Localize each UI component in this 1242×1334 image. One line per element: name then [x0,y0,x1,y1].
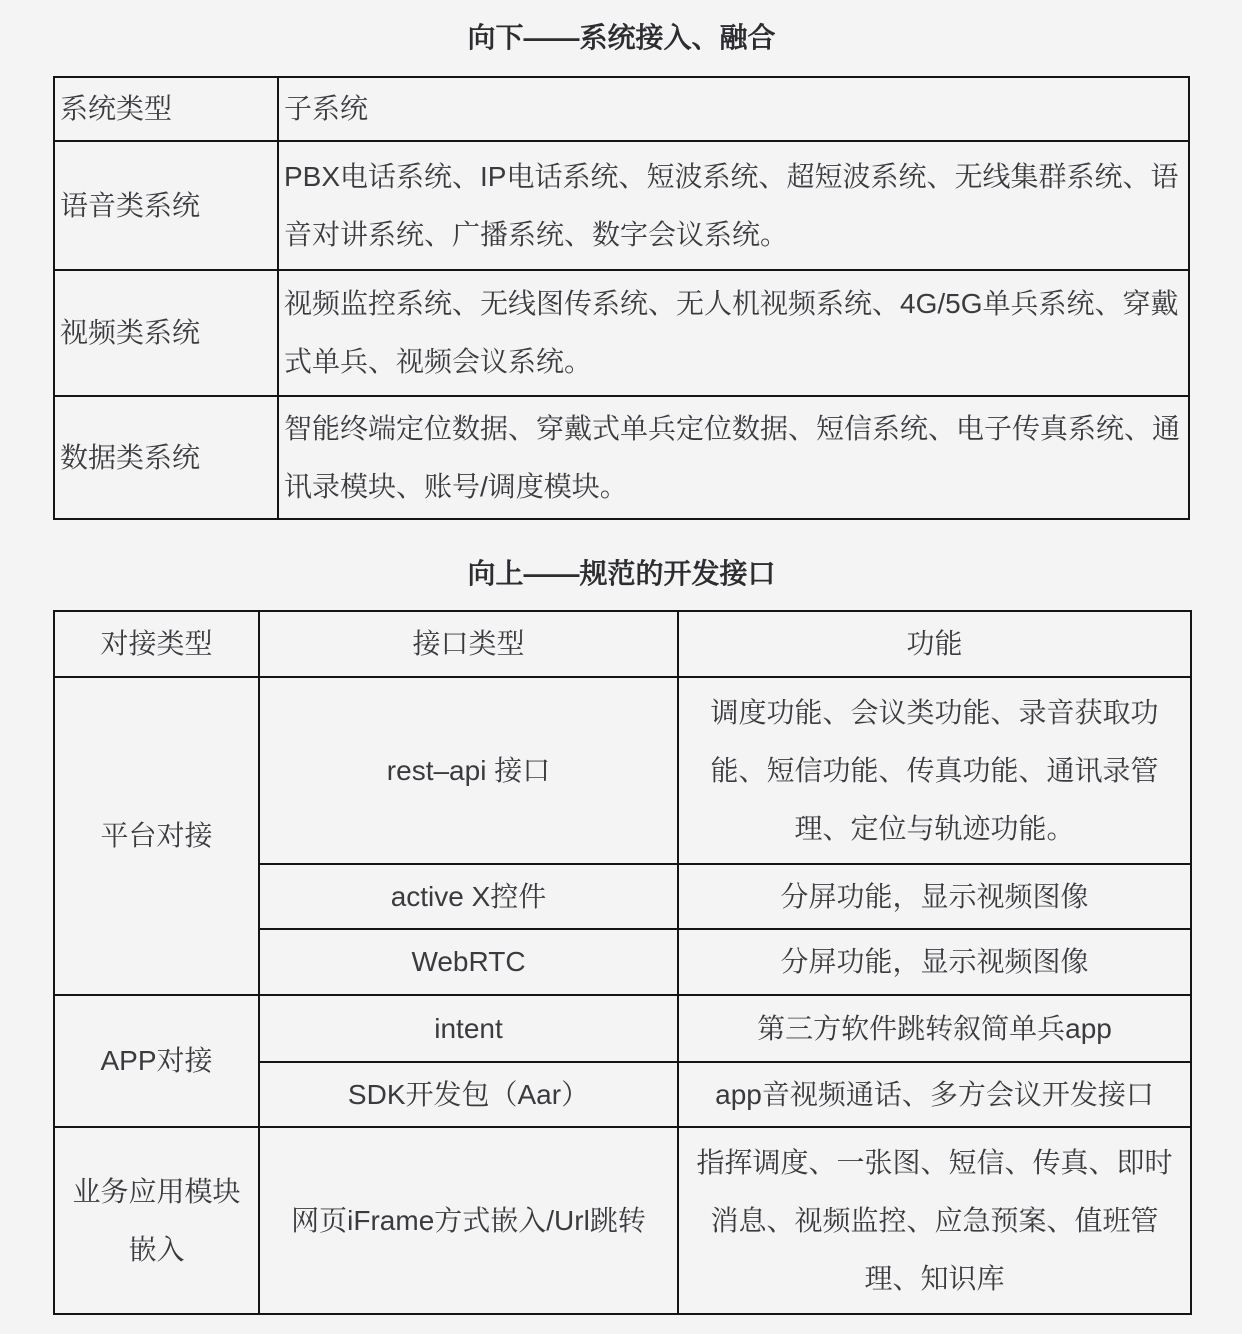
connect-type-cell-app: APP对接 [54,995,259,1127]
function-cell: 分屏功能，显示视频图像 [678,864,1191,929]
table-row-rest-api: 平台对接 rest–api 接口 调度功能、会议类功能、录音获取功能、短信功能、… [54,677,1191,864]
subsystems-cell: PBX电话系统、IP电话系统、短波系统、超短波系统、无线集群系统、语音对讲系统、… [278,141,1189,270]
system-type-cell: 数据类系统 [54,396,278,519]
dev-interface-table: 对接类型 接口类型 功能 平台对接 rest–api 接口 调度功能、会议类功能… [53,610,1192,1315]
interface-type-cell: rest–api 接口 [259,677,678,864]
column-header-system-type: 系统类型 [54,77,278,141]
function-cell: 调度功能、会议类功能、录音获取功能、短信功能、传真功能、通讯录管理、定位与轨迹功… [678,677,1191,864]
table-row-data-systems: 数据类系统 智能终端定位数据、穿戴式单兵定位数据、短信系统、电子传真系统、通讯录… [54,396,1189,519]
table-up-title: 向上——规范的开发接口 [53,556,1190,592]
table-row-intent: APP对接 intent 第三方软件跳转叙简单兵app [54,995,1191,1062]
system-access-table: 系统类型 子系统 语音类系统 PBX电话系统、IP电话系统、短波系统、超短波系统… [53,76,1190,520]
column-header-subsystem: 子系统 [278,77,1189,141]
column-header-interface-type: 接口类型 [259,611,678,677]
system-type-cell: 视频类系统 [54,270,278,396]
subsystems-cell: 智能终端定位数据、穿戴式单兵定位数据、短信系统、电子传真系统、通讯录模块、账号/… [278,396,1189,519]
table-row-video-systems: 视频类系统 视频监控系统、无线图传系统、无人机视频系统、4G/5G单兵系统、穿戴… [54,270,1189,396]
table-down-title: 向下——系统接入、融合 [53,20,1190,56]
subsystems-cell: 视频监控系统、无线图传系统、无人机视频系统、4G/5G单兵系统、穿戴式单兵、视频… [278,270,1189,396]
table-header-row: 系统类型 子系统 [54,77,1189,141]
function-cell: app音视频通话、多方会议开发接口 [678,1062,1191,1127]
interface-type-cell: intent [259,995,678,1062]
column-header-function: 功能 [678,611,1191,677]
interface-type-cell: WebRTC [259,929,678,995]
connect-type-cell-platform: 平台对接 [54,677,259,995]
function-cell: 指挥调度、一张图、短信、传真、即时消息、视频监控、应急预案、值班管理、知识库 [678,1127,1191,1314]
function-cell: 分屏功能，显示视频图像 [678,929,1191,995]
function-cell: 第三方软件跳转叙简单兵app [678,995,1191,1062]
table-row-iframe: 业务应用模块嵌入 网页iFrame方式嵌入/Url跳转 指挥调度、一张图、短信、… [54,1127,1191,1314]
interface-type-cell: 网页iFrame方式嵌入/Url跳转 [259,1127,678,1314]
connect-type-cell-embed: 业务应用模块嵌入 [54,1127,259,1314]
table-row-voice-systems: 语音类系统 PBX电话系统、IP电话系统、短波系统、超短波系统、无线集群系统、语… [54,141,1189,270]
interface-type-cell: SDK开发包（Aar） [259,1062,678,1127]
table-header-row: 对接类型 接口类型 功能 [54,611,1191,677]
system-type-cell: 语音类系统 [54,141,278,270]
column-header-connect-type: 对接类型 [54,611,259,677]
interface-type-cell: active X控件 [259,864,678,929]
